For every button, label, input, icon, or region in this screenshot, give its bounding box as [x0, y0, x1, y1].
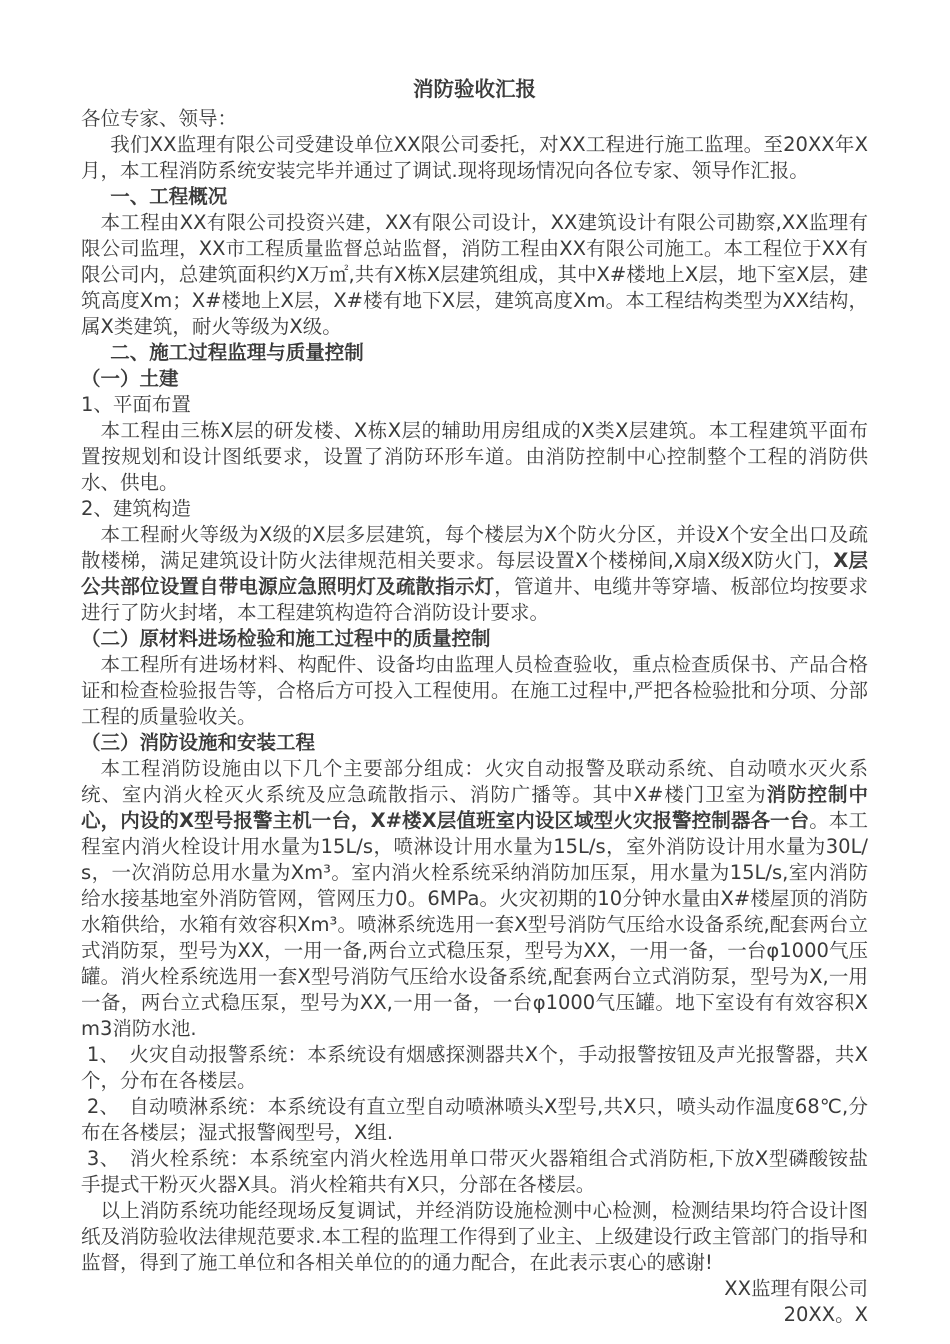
- fire-facilities-paragraph: 本工程消防设施由以下几个主要部分组成：火灾自动报警及联动系统、自动喷水灭火系统、…: [81, 756, 868, 1042]
- project-overview-paragraph: 本工程由XX有限公司投资兴建，XX有限公司设计，XX建筑设计有限公司勘察,XX监…: [81, 210, 868, 340]
- item-1-title: 1、平面布置: [81, 392, 868, 418]
- layout-paragraph-run-0: 本工程由三栋X层的研发楼、X栋X层的辅助用房组成的X类X层建筑。本工程建筑平面布…: [81, 419, 868, 494]
- list-item-hydrant-system: 3、 消火栓系统：本系统室内消火栓选用单口带灭火器箱组合式消防柜,下放X型磷酸铵…: [81, 1146, 868, 1198]
- construction-paragraph-run-0: 本工程耐火等级为X级的X层多层建筑，每个楼层为X个防火分区，并设X个安全出口及疏…: [81, 523, 868, 572]
- list-item-sprinkler-system-run-0: 2、 自动喷淋系统：本系统设有直立型自动喷淋喷头X型号,共X只，喷头动作温度68…: [81, 1095, 868, 1144]
- subheading-2-1: （一）土建: [81, 366, 868, 392]
- subheading-2-2-run-0: （二）原材料进场检验和施工过程中的质量控制: [81, 627, 491, 650]
- intro-paragraph: 我们XX监理有限公司受建设单位XX限公司委托，对XX工程进行施工监理。至20XX…: [81, 132, 868, 184]
- signature-company: XX监理有限公司: [81, 1276, 868, 1302]
- signature-company-run-0: XX监理有限公司: [724, 1277, 868, 1300]
- heading-2-run-0: 二、施工过程监理与质量控制: [110, 341, 364, 364]
- fire-facilities-paragraph-run-2: 。本工程室内消火栓设计用水量为15L/s，喷淋设计用水量为15L/s，室外消防设…: [81, 809, 868, 1040]
- list-item-hydrant-system-run-0: 3、 消火栓系统：本系统室内消火栓选用单口带灭火器箱组合式消防柜,下放X型磷酸铵…: [81, 1147, 868, 1196]
- subheading-2-3: （三）消防设施和安装工程: [81, 730, 868, 756]
- construction-paragraph: 本工程耐火等级为X级的X层多层建筑，每个楼层为X个防火分区，并设X个安全出口及疏…: [81, 522, 868, 626]
- layout-paragraph: 本工程由三栋X层的研发楼、X栋X层的辅助用房组成的X类X层建筑。本工程建筑平面布…: [81, 418, 868, 496]
- signature-date: 20XX。X: [81, 1302, 868, 1328]
- materials-paragraph-run-0: 本工程所有进场材料、构配件、设备均由监理人员检查验收，重点检查质保书、产品合格证…: [81, 653, 868, 728]
- closing-paragraph-run-0: 以上消防系统功能经现场反复调试，并经消防设施检测中心检测，检测结果均符合设计图纸…: [81, 1199, 868, 1274]
- subheading-2-3-run-0: （三）消防设施和安装工程: [81, 731, 315, 754]
- subheading-2-2: （二）原材料进场检验和施工过程中的质量控制: [81, 626, 868, 652]
- list-item-alarm-system-run-0: 1、 火灾自动报警系统：本系统设有烟感探测器共X个，手动报警按钮及声光报警器，共…: [81, 1043, 868, 1092]
- heading-1: 一、工程概况: [81, 184, 868, 210]
- document-page: 消防验收汇报 各位专家、领导：我们XX监理有限公司受建设单位XX限公司委托，对X…: [0, 0, 950, 1344]
- heading-2: 二、施工过程监理与质量控制: [81, 340, 868, 366]
- document-body: 各位专家、领导：我们XX监理有限公司受建设单位XX限公司委托，对XX工程进行施工…: [81, 106, 868, 1328]
- materials-paragraph: 本工程所有进场材料、构配件、设备均由监理人员检查验收，重点检查质保书、产品合格证…: [81, 652, 868, 730]
- document-title: 消防验收汇报: [81, 76, 868, 102]
- salutation: 各位专家、领导：: [81, 106, 868, 132]
- subheading-2-1-run-0: （一）土建: [81, 367, 179, 390]
- item-2-title-run-0: 2、建筑构造: [81, 497, 191, 520]
- intro-paragraph-run-0: 我们XX监理有限公司受建设单位XX限公司委托，对XX工程进行施工监理。至20XX…: [81, 133, 868, 182]
- list-item-alarm-system: 1、 火灾自动报警系统：本系统设有烟感探测器共X个，手动报警按钮及声光报警器，共…: [81, 1042, 868, 1094]
- item-1-title-run-0: 1、平面布置: [81, 393, 191, 416]
- list-item-sprinkler-system: 2、 自动喷淋系统：本系统设有直立型自动喷淋喷头X型号,共X只，喷头动作温度68…: [81, 1094, 868, 1146]
- heading-1-run-0: 一、工程概况: [110, 185, 227, 208]
- item-2-title: 2、建筑构造: [81, 496, 868, 522]
- salutation-run-0: 各位专家、领导：: [81, 107, 237, 130]
- fire-facilities-paragraph-run-0: 本工程消防设施由以下几个主要部分组成：火灾自动报警及联动系统、自动喷水灭火系统、…: [81, 757, 868, 806]
- closing-paragraph: 以上消防系统功能经现场反复调试，并经消防设施检测中心检测，检测结果均符合设计图纸…: [81, 1198, 868, 1276]
- signature-date-run-0: 20XX。X: [784, 1303, 868, 1326]
- project-overview-paragraph-run-0: 本工程由XX有限公司投资兴建，XX有限公司设计，XX建筑设计有限公司勘察,XX监…: [81, 211, 868, 338]
